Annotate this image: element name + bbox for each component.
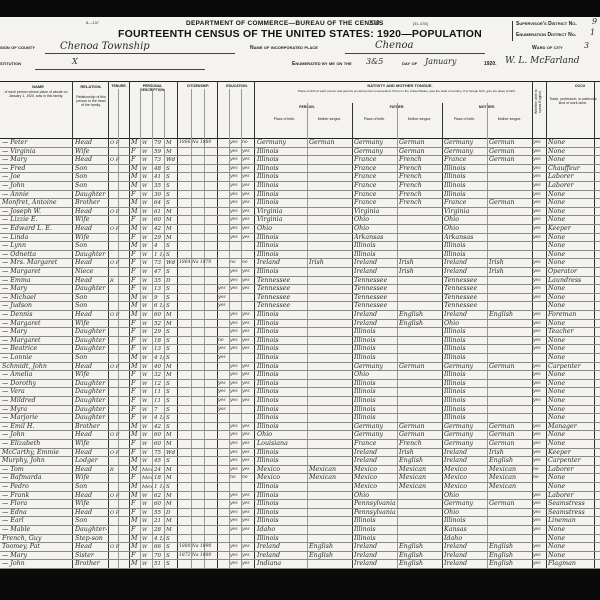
cell-tenure (110, 371, 128, 380)
table-row: — Fred Son M W 48 S yes yes Illinois Fra… (0, 165, 600, 174)
cell-tenure (110, 474, 128, 483)
cell-birthplace: Illinois (257, 337, 307, 346)
cell-age: 4 1/2 (154, 535, 164, 544)
cell-tongue (309, 560, 352, 569)
cell-tenure (110, 234, 128, 243)
cell-father-birthplace: Illinois (354, 380, 397, 389)
cell-marital: S (166, 406, 176, 415)
cell-english: yes (533, 337, 546, 346)
department-heading: DEPARTMENT OF COMMERCE—BUREAU OF THE CEN… (186, 20, 384, 27)
cell-immigration (179, 199, 216, 208)
cell-name: — Pedro (2, 483, 71, 492)
cell-tongue (309, 363, 352, 372)
cell-write (242, 535, 254, 544)
cell-birthplace: Mexico (257, 466, 307, 475)
cell-name: — Emma (2, 277, 71, 286)
cell-school (218, 328, 229, 337)
cell-birthplace: Illinois (257, 363, 307, 372)
cell-write: yes (242, 380, 254, 389)
cell-birthplace: Illinois (257, 483, 307, 492)
cell-english: yes (533, 156, 546, 165)
cell-tenure: R (110, 466, 128, 475)
cell-read: no (230, 259, 241, 268)
cell-mother-tongue (489, 345, 532, 354)
cell-read: yes (230, 388, 241, 397)
cell-relation: Head (75, 363, 107, 372)
cell-tenure (110, 165, 128, 174)
cell-mother-tongue (489, 251, 532, 260)
cell-race: W (142, 526, 152, 535)
cell-birthplace: Ohio (257, 431, 307, 440)
cell-write (242, 294, 254, 303)
cell-mother-birthplace: Germany (444, 440, 487, 449)
cell-name: — Frank (2, 492, 71, 501)
cell-occupation: None (548, 337, 594, 346)
cell-father-birthplace: Germany (354, 363, 397, 372)
cell-immigration (179, 388, 216, 397)
cell-marital: S (166, 285, 176, 294)
cell-tongue (309, 328, 352, 337)
cell-birthplace: Illinois (257, 345, 307, 354)
table-row: — John Son M W 35 S yes yes Illinois Fra… (0, 182, 600, 191)
cell-tongue: German (309, 139, 352, 148)
cell-marital: S (166, 543, 176, 552)
cell-father-birthplace: Ireland (354, 457, 397, 466)
cell-tenure: O F (110, 431, 128, 440)
cell-sex: F (131, 414, 140, 423)
cell-tongue (309, 517, 352, 526)
cell-mother-birthplace: France (444, 156, 487, 165)
cell-read: yes (230, 268, 241, 277)
cell-english: yes (533, 259, 546, 268)
cell-name: Schmidt, John (2, 363, 71, 372)
cell-father-birthplace: Illinois (354, 406, 397, 415)
cell-sex: M (131, 492, 140, 501)
cell-father-birthplace: Illinois (354, 242, 397, 251)
cell-write: yes (242, 552, 254, 561)
table-row: — Flora Wife F W 60 M yes yes Illinois P… (0, 500, 600, 509)
cell-mother-birthplace: Germany (444, 431, 487, 440)
table-row: — Annie Daughter F W 30 S yes yes Illino… (0, 191, 600, 200)
cell-marital: S (166, 354, 176, 363)
cell-occupation: Teacher (548, 328, 594, 337)
cell-relation: Brother (75, 560, 107, 569)
cell-english: yes (533, 311, 546, 320)
cell-age: 21 (154, 517, 164, 526)
cell-tongue (309, 208, 352, 217)
cell-mother-birthplace: Ireland (444, 449, 487, 458)
header-mother-tongue: Mother tongue. (487, 117, 532, 121)
cell-write (242, 242, 254, 251)
cell-occupation: None (548, 345, 594, 354)
cell-school: yes (218, 302, 229, 311)
cell-race: W (142, 294, 152, 303)
cell-mother-tongue (489, 277, 532, 286)
cell-race: W (142, 560, 152, 569)
cell-race: W (142, 285, 152, 294)
cell-relation: Head (75, 156, 107, 165)
cell-read (230, 535, 241, 544)
cell-relation: Head (75, 466, 107, 475)
cell-occupation: None (548, 320, 594, 329)
cell-relation: Head (75, 277, 107, 286)
cell-name: — John (2, 431, 71, 440)
table-row: — Joseph W. Head O F M W 61 M yes yes Vi… (0, 208, 600, 217)
cell-write: yes (242, 320, 254, 329)
table-row: — Odnetta Daughter F W 1 1/2 S Illinois … (0, 251, 600, 260)
cell-relation: Head (75, 492, 107, 501)
cell-name: — Joseph W. (2, 208, 71, 217)
cell-mother-birthplace: Ireland (444, 552, 487, 561)
cell-tenure (110, 414, 128, 423)
cell-relation: Head (75, 259, 107, 268)
cell-mother-tongue: German (489, 431, 532, 440)
table-row: — Mary Daughter F W 13 S yes yes yes Ten… (0, 285, 600, 294)
cell-read (230, 294, 241, 303)
cell-race: W (142, 449, 152, 458)
cell-father-birthplace: Illinois (354, 388, 397, 397)
cell-sex: M (131, 173, 140, 182)
cell-marital: S (166, 242, 176, 251)
cell-sex: M (131, 182, 140, 191)
cell-school (218, 560, 229, 569)
cell-father-birthplace: Ireland (354, 552, 397, 561)
cell-occupation: None (548, 397, 594, 406)
cell-age: 35 (154, 277, 164, 286)
cell-race: W (142, 156, 152, 165)
cell-name: — Mrs. Margaret (2, 259, 71, 268)
cell-immigration (179, 457, 216, 466)
cell-write: yes (242, 543, 254, 552)
cell-english (533, 535, 546, 544)
cell-immigration (179, 406, 216, 415)
cell-tongue (309, 483, 352, 492)
cell-tongue (309, 388, 352, 397)
cell-immigration (179, 302, 216, 311)
cell-tongue (309, 500, 352, 509)
cell-sex: F (131, 509, 140, 518)
cell-birthplace: Illinois (257, 449, 307, 458)
cell-school (218, 552, 229, 561)
cell-race: W (142, 492, 152, 501)
cell-write: yes (242, 199, 254, 208)
cell-read: yes (230, 552, 241, 561)
cell-mother-birthplace: Germany (444, 139, 487, 148)
cell-relation: Daughter (75, 388, 107, 397)
cell-immigration (179, 380, 216, 389)
cell-school (218, 423, 229, 432)
cell-race: W (142, 199, 152, 208)
cell-mother-birthplace: Ohio (444, 225, 487, 234)
cell-mother-tongue (489, 320, 532, 329)
cell-mother-birthplace: Idaho (444, 535, 487, 544)
cell-sex: M (131, 225, 140, 234)
cell-read: yes (230, 517, 241, 526)
header-name: NAME (8, 84, 68, 89)
cell-age: 24 (154, 466, 164, 475)
cell-english: yes (533, 560, 546, 569)
cell-tenure: O F (110, 311, 128, 320)
cell-father-tongue: French (399, 165, 442, 174)
cell-tenure (110, 483, 128, 492)
cell-father-tongue (399, 517, 442, 526)
cell-occupation: Flagman (548, 560, 594, 569)
table-row: — John Head O F M W 60 M yes yes Ohio Ge… (0, 431, 600, 440)
table-row: — Emil H. Brother M W 42 S yes yes Illin… (0, 423, 600, 432)
cell-father-tongue (399, 492, 442, 501)
cell-race: W (142, 535, 152, 544)
cell-immigration (179, 397, 216, 406)
cell-relation: Wife (75, 320, 107, 329)
cell-mother-birthplace: Ireland (444, 259, 487, 268)
cell-english (533, 302, 546, 311)
cell-sex: F (131, 440, 140, 449)
table-row: — Margaret Daughter F W 18 S no yes yes … (0, 337, 600, 346)
cell-school (218, 517, 229, 526)
scan-bottom-border (0, 569, 600, 600)
cell-mother-birthplace: Mexico (444, 483, 487, 492)
cell-read: yes (230, 139, 241, 148)
cell-sex: F (131, 268, 140, 277)
cell-mother-tongue (489, 302, 532, 311)
cell-tongue (309, 345, 352, 354)
cell-birthplace: Illinois (257, 311, 307, 320)
cell-read: yes (230, 431, 241, 440)
cell-tenure (110, 148, 128, 157)
cell-race: W (142, 457, 152, 466)
cell-tongue (309, 225, 352, 234)
cell-write: yes (242, 509, 254, 518)
cell-relation: Daughter (75, 345, 107, 354)
header-education: EDUCATION. (220, 84, 254, 88)
supervisors-district-value: 9 (592, 17, 597, 26)
cell-birthplace: Illinois (257, 492, 307, 501)
cell-write: yes (242, 165, 254, 174)
cell-father-tongue: English (399, 311, 442, 320)
cell-occupation: None (548, 388, 594, 397)
table-row: — Dennis Head O F M W 60 M yes yes Illin… (0, 311, 600, 320)
cell-write: yes (242, 371, 254, 380)
cell-name: — Beatrice (2, 345, 71, 354)
cell-mother-birthplace: Illinois (444, 414, 487, 423)
cell-mother-birthplace: Illinois (444, 182, 487, 191)
cell-occupation: Laborer (548, 182, 594, 191)
cell-tongue (309, 423, 352, 432)
cell-school (218, 182, 229, 191)
cell-birthplace: Illinois (257, 457, 307, 466)
cell-tenure: O F (110, 208, 128, 217)
cell-race: W (142, 500, 152, 509)
cell-occupation: None (548, 259, 594, 268)
cell-relation: Wife (75, 216, 107, 225)
cell-name: — Mary (2, 328, 71, 337)
cell-write: yes (242, 345, 254, 354)
cell-mother-birthplace: Tennessee (444, 285, 487, 294)
cell-tongue (309, 234, 352, 243)
cell-relation: Head (75, 431, 107, 440)
cell-mother-birthplace: Illinois (444, 242, 487, 251)
cell-race: W (142, 259, 152, 268)
cell-write: yes (242, 397, 254, 406)
cell-mother-tongue (489, 182, 532, 191)
cell-tongue (309, 277, 352, 286)
cell-age: 47 (154, 268, 164, 277)
cell-name: — Lynn (2, 242, 71, 251)
cell-age: 73 (154, 259, 164, 268)
cell-read: yes (230, 277, 241, 286)
cell-english (533, 406, 546, 415)
cell-write: yes (242, 449, 254, 458)
cell-immigration: 1880 Na 1890 (179, 543, 216, 552)
cell-father-birthplace: Germany (354, 431, 397, 440)
cell-birthplace: Illinois (257, 234, 307, 243)
cell-age: 48 (154, 165, 164, 174)
cell-father-birthplace: France (354, 173, 397, 182)
cell-school (218, 277, 229, 286)
header-person-pob: Place of birth. (262, 117, 307, 121)
cell-english: no (533, 474, 546, 483)
cell-birthplace: Illinois (257, 328, 307, 337)
table-row: — Frank Head O F M W 62 M yes yes Illino… (0, 492, 600, 501)
cell-age: 79 (154, 139, 164, 148)
cell-immigration (179, 509, 216, 518)
cell-age: 42 (154, 225, 164, 234)
cell-father-birthplace: France (354, 191, 397, 200)
cell-write: no (242, 474, 254, 483)
cell-race: W (142, 337, 152, 346)
cell-english: yes (533, 500, 546, 509)
cell-occupation: None (548, 302, 594, 311)
cell-tongue (309, 182, 352, 191)
cell-mother-tongue: English (489, 543, 532, 552)
cell-english (533, 251, 546, 260)
cell-name: — Dorothy (2, 380, 71, 389)
cell-tenure: R (110, 277, 128, 286)
cell-tenure (110, 535, 128, 544)
cell-marital: S (166, 173, 176, 182)
cell-marital: M (166, 492, 176, 501)
cell-sex: F (131, 277, 140, 286)
cell-race: W (142, 423, 152, 432)
cell-english: yes (533, 423, 546, 432)
cell-race: W (142, 182, 152, 191)
cell-tenure: O F (110, 363, 128, 372)
cell-read: yes (230, 466, 241, 475)
cell-relation: Son (75, 483, 107, 492)
cell-write: yes (242, 156, 254, 165)
cell-age: 73 (154, 156, 164, 165)
cell-tongue (309, 397, 352, 406)
cell-birthplace: Illinois (257, 148, 307, 157)
cell-immigration (179, 371, 216, 380)
subdivision-line (45, 53, 235, 54)
cell-tenure (110, 328, 128, 337)
cell-father-birthplace: Illinois (354, 397, 397, 406)
cell-occupation: None (548, 234, 594, 243)
cell-father-tongue (399, 225, 442, 234)
cell-sex: M (131, 311, 140, 320)
cell-sex: F (131, 156, 140, 165)
year-label: 1920. (484, 61, 497, 67)
cell-tenure (110, 388, 128, 397)
cell-race: W (142, 552, 152, 561)
cell-marital: M (166, 139, 176, 148)
ward-label: Ward of city (532, 45, 563, 51)
cell-school (218, 466, 229, 475)
cell-age: 66 (154, 543, 164, 552)
cell-sex: F (131, 552, 140, 561)
cell-father-tongue (399, 294, 442, 303)
cell-school (218, 440, 229, 449)
cell-sex: F (131, 345, 140, 354)
cell-write: yes (242, 277, 254, 286)
cell-tenure (110, 345, 128, 354)
cell-read (230, 242, 241, 251)
cell-tongue (309, 337, 352, 346)
cell-age: 11 (154, 397, 164, 406)
table-row: — Mary Daughter F W 29 S yes yes Illinoi… (0, 328, 600, 337)
cell-relation: Wife (75, 500, 107, 509)
cell-sex: F (131, 234, 140, 243)
cell-mother-tongue (489, 414, 532, 423)
header-english: Whether able to speak English. (534, 87, 544, 117)
cell-father-tongue: French (399, 440, 442, 449)
cell-immigration (179, 320, 216, 329)
cell-mother-birthplace: Ireland (444, 311, 487, 320)
cell-birthplace: Illinois (257, 268, 307, 277)
cell-marital: S (166, 294, 176, 303)
cell-marital: M (166, 431, 176, 440)
cell-tongue: English (309, 552, 352, 561)
cell-write: yes (242, 234, 254, 243)
cell-marital: M (166, 148, 176, 157)
cell-relation: Daughter (75, 414, 107, 423)
cell-mother-tongue: German (489, 199, 532, 208)
table-row: — Emma Head R F W 35 D yes yes Tennessee… (0, 277, 600, 286)
cell-immigration (179, 414, 216, 423)
cell-mother-tongue: German (489, 139, 532, 148)
cell-read: yes (230, 380, 241, 389)
cell-tongue (309, 165, 352, 174)
cell-write: yes (242, 492, 254, 501)
cell-birthplace: Tennessee (257, 294, 307, 303)
cell-school (218, 483, 229, 492)
cell-mother-tongue: German (489, 363, 532, 372)
cell-age: 60 (154, 500, 164, 509)
cell-mother-tongue (489, 354, 532, 363)
cell-read (230, 414, 241, 423)
cell-write: yes (242, 182, 254, 191)
cell-immigration (179, 208, 216, 217)
table-row: — Mary Head O F F W 73 Wd yes yes Illino… (0, 156, 600, 165)
cell-read: yes (230, 173, 241, 182)
cell-tongue: Irish (309, 259, 352, 268)
cell-relation: Son (75, 294, 107, 303)
table-row: — Tom Head R M Mex 24 M yes yes Mexico M… (0, 466, 600, 475)
cell-occupation: Laundress (548, 277, 594, 286)
table-row: — Peter Head O F M W 79 M 1866 Na 1880 y… (0, 139, 600, 148)
cell-father-birthplace: Ireland (354, 560, 397, 569)
cell-father-birthplace: Ireland (354, 320, 397, 329)
incorporated-place-line (345, 53, 485, 54)
cell-english: yes (533, 199, 546, 208)
cell-father-birthplace: Pennsylvania (354, 509, 397, 518)
table-row: — Virginia Wife F W 59 M yes yes Illinoi… (0, 148, 600, 157)
cell-name: — Elizabeth (2, 440, 71, 449)
cell-father-birthplace: Tennessee (354, 277, 397, 286)
cell-race: Mex (142, 474, 152, 483)
cell-marital: S (166, 388, 176, 397)
